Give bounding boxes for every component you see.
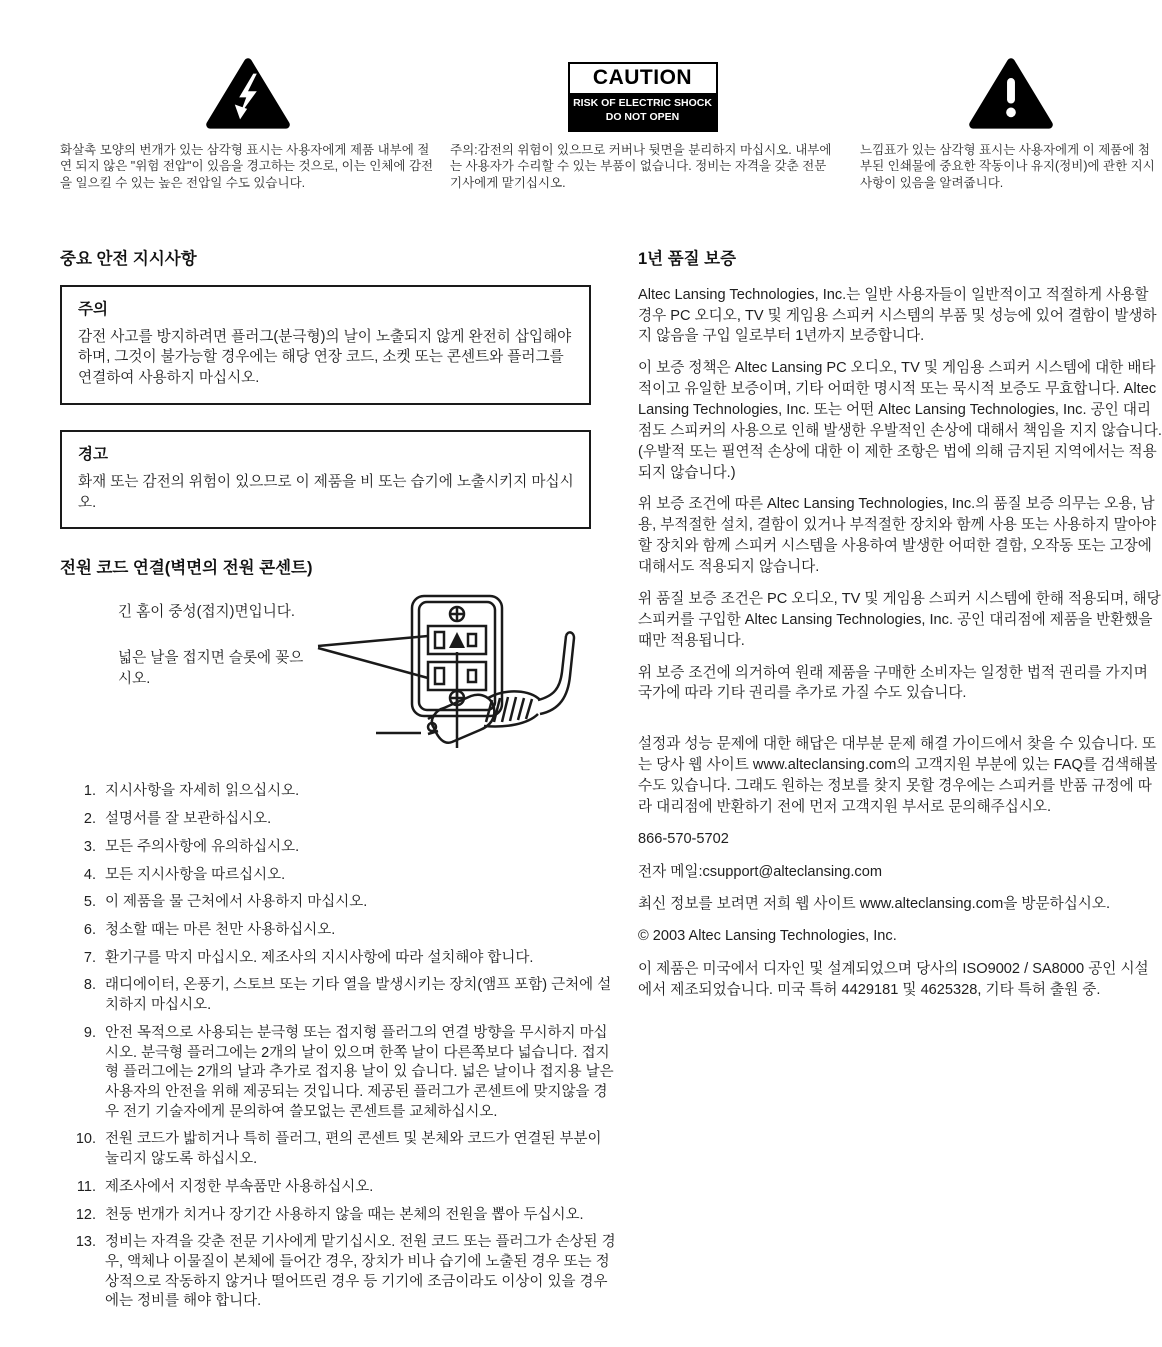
website-note: 최신 정보를 보려면 저희 웹 사이트 www.alteclansing.com…: [638, 894, 1162, 915]
lightning-caption: 화살촉 모양의 번개가 있는 삼각형 표시는 사용자에게 제품 내부에 절연 되…: [60, 142, 435, 191]
instruction-item-11: 11.제조사에서 지정한 부속품만 사용하십시오.: [60, 1178, 616, 1198]
instruction-item-3: 3.모든 주의사항에 유의하십시오.: [60, 838, 616, 858]
instruction-item-13: 13.정비는 자격을 갖춘 전문 기사에게 맡기십시오. 전원 코드 또는 플러…: [60, 1233, 616, 1312]
warning-symbols-row: 화살촉 모양의 번개가 있는 삼각형 표시는 사용자에게 제품 내부에 절연 되…: [0, 0, 1162, 191]
copyright-notice: © 2003 Altec Lansing Technologies, Inc.: [638, 926, 1162, 947]
plug-note-neutral: 긴 홈이 중성(접지)면입니다.: [118, 602, 316, 623]
warning-box-title: 경고: [78, 442, 574, 464]
power-cord-heading: 전원 코드 연결(벽면의 전원 콘센트): [60, 554, 616, 578]
warning-box: 경고 화재 또는 감전의 위험이 있으므로 이 제품을 비 또는 습기에 노출시…: [60, 430, 591, 529]
warranty-column: 1년 품질 보증 Altec Lansing Technologies, Inc…: [638, 245, 1162, 1320]
instruction-item-5: 5.이 제품을 물 근처에서 사용하지 마십시오.: [60, 893, 616, 913]
manufacture-note: 이 제품은 미국에서 디자인 및 설계되었으며 당사의 ISO9002 / SA…: [638, 959, 1162, 1001]
plug-note-wide-blade: 넓은 날을 접지면 슬롯에 꽂으시오.: [118, 648, 316, 690]
manual-page: 화살촉 모양의 번개가 있는 삼각형 표시는 사용자에게 제품 내부에 절연 되…: [0, 0, 1162, 1347]
exclamation-warning-block: 느낌표가 있는 삼각형 표시는 사용자에게 이 제품에 첨부된 인쇄물에 중요한…: [860, 50, 1162, 191]
support-paragraph: 설정과 성능 문제에 대한 해답은 대부분 문제 해결 가이드에서 찾을 수 있…: [638, 734, 1162, 817]
content-columns: 중요 안전 지시사항 주의 감전 사고를 방지하려면 플러그(분극형)의 날이 …: [0, 245, 1162, 1320]
instruction-item-1: 1.지시사항을 자세히 읽으십시오.: [60, 782, 616, 802]
instruction-item-8: 8.래디에이터, 온풍기, 스토브 또는 기타 열을 발생시키는 장치(앰프 포…: [60, 976, 616, 1015]
caution-box-body: 감전 사고를 방지하려면 플러그(분극형)의 날이 노출되지 않게 완전히 삽입…: [78, 327, 574, 389]
support-phone-number: 866-570-5702: [638, 829, 1162, 850]
instruction-item-10: 10.전원 코드가 밟히거나 특히 플러그, 편의 콘센트 및 본체와 코드가 …: [60, 1130, 616, 1169]
instruction-list: 1.지시사항을 자세히 읽으십시오. 2.설명서를 잘 보관하십시오. 3.모든…: [60, 782, 616, 1312]
warranty-heading: 1년 품질 보증: [638, 245, 1162, 269]
plug-figure: 긴 홈이 중성(접지)면입니다. 넓은 날을 접지면 슬롯에 꽂으시오.: [118, 588, 616, 766]
caution-label-box: CAUTION RISK OF ELECTRIC SHOCK DO NOT OP…: [568, 62, 718, 132]
support-email-address: 전자 메일:csupport@alteclansing.com: [638, 862, 1162, 883]
lightning-warning-block: 화살촉 모양의 번개가 있는 삼각형 표시는 사용자에게 제품 내부에 절연 되…: [60, 50, 435, 191]
warranty-paragraph-3: 위 보증 조건에 따른 Altec Lansing Technologies, …: [638, 494, 1162, 577]
instruction-item-6: 6.청소할 때는 마른 천만 사용하십시오.: [60, 921, 616, 941]
warning-box-body: 화재 또는 감전의 위험이 있으므로 이 제품을 비 또는 습기에 노출시키지 …: [78, 472, 574, 513]
safety-instructions-heading: 중요 안전 지시사항: [60, 245, 616, 269]
exclamation-triangle-icon: [967, 54, 1055, 132]
caution-subtitle: RISK OF ELECTRIC SHOCK DO NOT OPEN: [570, 93, 716, 130]
warranty-paragraph-2: 이 보증 정책은 Altec Lansing PC 오디오, TV 및 게임용 …: [638, 358, 1162, 483]
warranty-paragraph-1: Altec Lansing Technologies, Inc.는 일반 사용자…: [638, 285, 1162, 348]
caution-box-title: 주의: [78, 297, 574, 319]
caution-warning-block: CAUTION RISK OF ELECTRIC SHOCK DO NOT OP…: [450, 50, 835, 191]
instruction-item-2: 2.설명서를 잘 보관하십시오.: [60, 810, 616, 830]
caution-box: 주의 감전 사고를 방지하려면 플러그(분극형)의 날이 노출되지 않게 완전히…: [60, 285, 591, 405]
instruction-item-9: 9.안전 목적으로 사용되는 분극형 또는 접지형 플러그의 연결 방향을 무시…: [60, 1024, 616, 1123]
power-outlet-plug-icon: [316, 588, 596, 766]
warranty-paragraph-5: 위 보증 조건에 의거하여 원래 제품을 구매한 소비자는 일정한 법적 권리를…: [638, 663, 1162, 705]
lightning-bolt-triangle-icon: [204, 54, 292, 132]
instruction-item-12: 12.천둥 번개가 치거나 장기간 사용하지 않을 때는 본체의 전원을 뽑아 …: [60, 1206, 616, 1226]
instruction-item-7: 7.환기구를 막지 마십시오. 제조사의 지시사항에 따라 설치해야 합니다.: [60, 949, 616, 969]
caution-title: CAUTION: [570, 64, 716, 93]
safety-column: 중요 안전 지시사항 주의 감전 사고를 방지하려면 플러그(분극형)의 날이 …: [60, 245, 616, 1320]
exclamation-caption: 느낌표가 있는 삼각형 표시는 사용자에게 이 제품에 첨부된 인쇄물에 중요한…: [860, 142, 1162, 191]
caution-caption: 주의:감전의 위험이 있으므로 커버나 뒷면을 분리하지 마십시오. 내부에는 …: [450, 142, 835, 191]
instruction-item-4: 4.모든 지시사항을 따르십시오.: [60, 866, 616, 886]
warranty-paragraph-4: 위 품질 보증 조건은 PC 오디오, TV 및 게임용 스피커 시스템에 한해…: [638, 589, 1162, 652]
